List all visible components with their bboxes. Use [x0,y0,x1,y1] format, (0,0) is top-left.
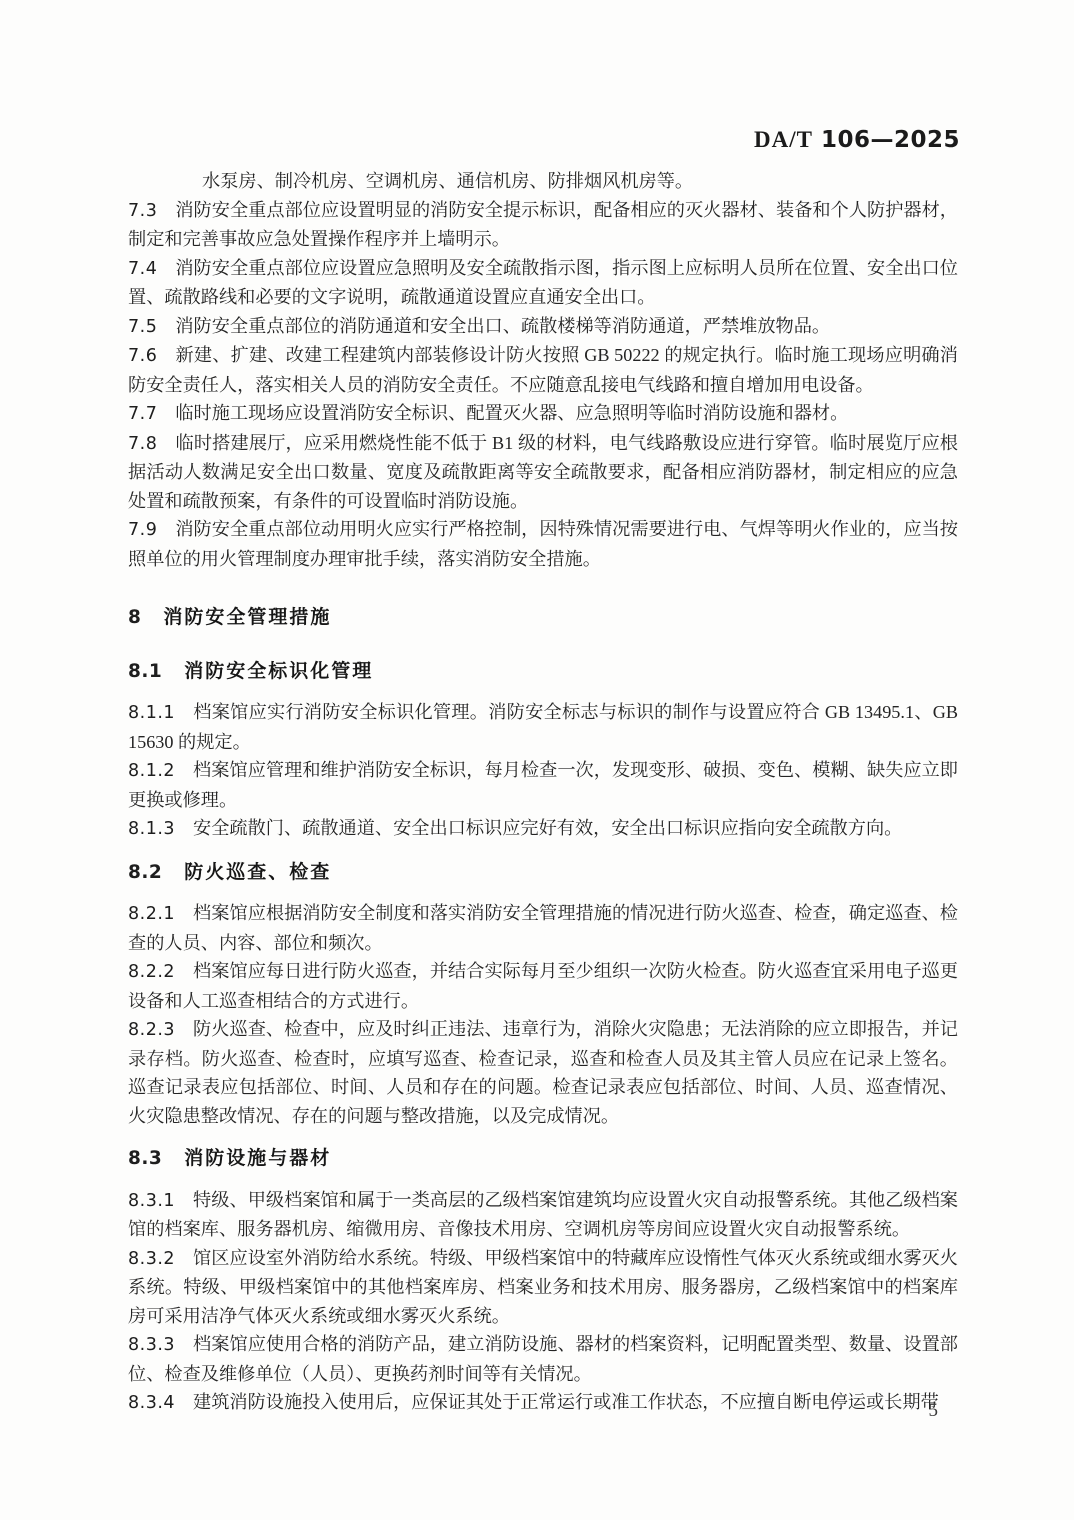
paragraph-text: 水泵房、制冷机房、空调机房、通信机房、防排烟风机房等。 [202,171,693,191]
clause-8-3-1: 8.3.1特级、甲级档案馆和属于一类高层的乙级档案馆建筑均应设置火灾自动报警系统… [128,1186,958,1244]
clause-8-1-2: 8.1.2档案馆应管理和维护消防安全标识，每月检查一次，发现变形、破损、变色、模… [128,756,958,814]
clause-text: 档案馆应管理和维护消防安全标识，每月检查一次，发现变形、破损、变色、模糊、缺失应… [128,760,958,810]
clause-7-8: 7.8临时搭建展厅，应采用燃烧性能不低于 B1 级的材料，电气线路敷设应进行穿管… [128,429,958,516]
clause-number: 8.2.2 [128,962,175,982]
list-continuation-line: 水泵房、制冷机房、空调机房、通信机房、防排烟风机房等。 [128,167,958,196]
clause-8-3-3: 8.3.3档案馆应使用合格的消防产品，建立消防设施、器材的档案资料，记明配置类型… [128,1330,958,1388]
clause-number: 7.3 [128,201,157,221]
clause-number: 7.7 [128,404,157,424]
clause-8-1-1: 8.1.1档案馆应实行消防安全标识化管理。消防安全标志与标识的制作与设置应符合 … [128,698,958,756]
section-number: 8.1 [128,661,162,682]
clause-number: 8.1.1 [128,703,175,723]
clause-number: 8.2.1 [128,904,175,924]
clause-number: 7.6 [128,346,157,366]
heading-section-8-1: 8.1消防安全标识化管理 [128,657,958,687]
clause-number: 8.3.3 [128,1335,175,1355]
section-title: 消防设施与器材 [184,1147,331,1169]
clause-text: 档案馆应每日进行防火巡查，并结合实际每月至少组织一次防火检查。防火巡查宜采用电子… [128,961,958,1011]
clause-text: 临时施工现场应设置消防安全标识、配置灭火器、应急照明等临时消防设施和器材。 [175,403,848,423]
clause-8-3-2: 8.3.2馆区应设室外消防给水系统。特级、甲级档案馆中的特藏库应设惰性气体灭火系… [128,1244,958,1331]
clause-8-2-1: 8.2.1档案馆应根据消防安全制度和落实消防安全管理措施的情况进行防火巡查、检查… [128,899,958,957]
section-title: 消防安全标识化管理 [184,660,373,682]
clause-text: 临时搭建展厅，应采用燃烧性能不低于 B1 级的材料，电气线路敷设应进行穿管。临时… [128,433,958,511]
chapter-number: 8 [128,607,141,628]
clause-number: 8.2.3 [128,1020,175,1040]
clause-7-6: 7.6新建、扩建、改建工程建筑内部装修设计防火按照 GB 50222 的规定执行… [128,341,958,399]
clause-text: 安全疏散门、疏散通道、安全出口标识应完好有效，安全出口标识应指向安全疏散方向。 [193,818,902,838]
clause-text: 新建、扩建、改建工程建筑内部装修设计防火按照 GB 50222 的规定执行。临时… [128,345,958,395]
clause-text: 特级、甲级档案馆和属于一类高层的乙级档案馆建筑均应设置火灾自动报警系统。其他乙级… [128,1190,958,1240]
document-body: 水泵房、制冷机房、空调机房、通信机房、防排烟风机房等。 7.3消防安全重点部位应… [128,167,958,1418]
section-number: 8.3 [128,1148,162,1169]
clause-text: 档案馆应实行消防安全标识化管理。消防安全标志与标识的制作与设置应符合 GB 13… [128,702,958,752]
clause-8-3-4: 8.3.4建筑消防设施投入使用后，应保证其处于正常运行或准工作状态，不应擅自断电… [128,1388,958,1418]
clause-text: 消防安全重点部位应设置应急照明及安全疏散指示图，指示图上应标明人员所在位置、安全… [128,258,958,308]
clause-text: 档案馆应根据消防安全制度和落实消防安全管理措施的情况进行防火巡查、检查，确定巡查… [128,903,958,953]
clause-7-4: 7.4消防安全重点部位应设置应急照明及安全疏散指示图，指示图上应标明人员所在位置… [128,254,958,312]
clause-number: 7.9 [128,520,157,540]
clause-text: 防火巡查、检查中，应及时纠正违法、违章行为，消除火灾隐患；无法消除的应立即报告，… [128,1019,958,1126]
heading-section-8-2: 8.2防火巡查、检查 [128,858,958,888]
clause-number: 7.8 [128,434,157,454]
clause-8-1-3: 8.1.3安全疏散门、疏散通道、安全出口标识应完好有效，安全出口标识应指向安全疏… [128,814,958,844]
clause-7-9: 7.9消防安全重点部位动用明火应实行严格控制，因特殊情况需要进行电、气焊等明火作… [128,515,958,573]
clause-7-3: 7.3消防安全重点部位应设置明显的消防安全提示标识，配备相应的灭火器材、装备和个… [128,196,958,254]
clause-8-2-2: 8.2.2档案馆应每日进行防火巡查，并结合实际每月至少组织一次防火检查。防火巡查… [128,957,958,1015]
page-number: 5 [929,1400,939,1422]
clause-text: 消防安全重点部位应设置明显的消防安全提示标识，配备相应的灭火器材、装备和个人防护… [128,200,958,250]
clause-number: 7.5 [128,317,157,337]
standard-code-number: 106—2025 [821,127,960,153]
clause-7-5: 7.5消防安全重点部位的消防通道和安全出口、疏散楼梯等消防通道，严禁堆放物品。 [128,312,958,342]
clause-number: 8.3.1 [128,1191,175,1211]
chapter-title: 消防安全管理措施 [163,606,331,628]
clause-number: 8.3.2 [128,1249,175,1269]
clause-7-7: 7.7临时施工现场应设置消防安全标识、配置灭火器、应急照明等临时消防设施和器材。 [128,399,958,429]
clause-text: 建筑消防设施投入使用后，应保证其处于正常运行或准工作状态，不应擅自断电停运或长期… [193,1392,939,1412]
section-number: 8.2 [128,862,162,883]
clause-text: 档案馆应使用合格的消防产品，建立消防设施、器材的档案资料，记明配置类型、数量、设… [128,1334,958,1384]
clause-number: 8.3.4 [128,1393,175,1413]
clause-text: 馆区应设室外消防给水系统。特级、甲级档案馆中的特藏库应设惰性气体灭火系统或细水雾… [128,1248,958,1326]
clause-number: 7.4 [128,259,157,279]
running-header: DA/T106—2025 [754,127,960,153]
heading-section-8-3: 8.3消防设施与器材 [128,1144,958,1174]
standard-code-prefix: DA/T [754,127,813,152]
clause-8-2-3: 8.2.3防火巡查、检查中，应及时纠正违法、违章行为，消除火灾隐患；无法消除的应… [128,1015,958,1130]
clause-number: 8.1.3 [128,819,175,839]
clause-number: 8.1.2 [128,761,175,781]
clause-text: 消防安全重点部位动用明火应实行严格控制，因特殊情况需要进行电、气焊等明火作业的，… [128,519,958,569]
clause-text: 消防安全重点部位的消防通道和安全出口、疏散楼梯等消防通道，严禁堆放物品。 [175,316,830,336]
heading-chapter-8: 8消防安全管理措施 [128,603,958,633]
section-title: 防火巡查、检查 [184,861,331,883]
document-page: DA/T106—2025 水泵房、制冷机房、空调机房、通信机房、防排烟风机房等。… [0,0,1074,1520]
